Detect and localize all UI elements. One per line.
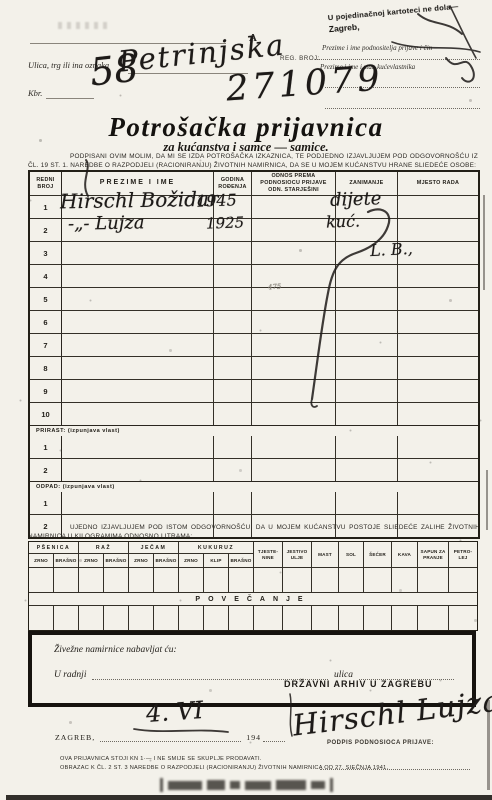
- cell-relation: [252, 436, 336, 458]
- scan-bottom-edge: [6, 795, 492, 800]
- col-jestivo-ulje: JESTIVO ULJE: [283, 542, 312, 567]
- group-label: JEČAM: [129, 542, 178, 554]
- row-number: 2: [30, 459, 62, 481]
- header-redni-broj: REDNI BROJ: [30, 172, 62, 195]
- col-secer: ŠEĆER: [364, 542, 392, 567]
- odpad-section-label: ODPAD: (izpunjava vlast): [30, 481, 478, 492]
- handwritten-name-row2: -„- Lujza: [68, 212, 145, 234]
- cell-workplace: [398, 219, 478, 241]
- sub-label: BRAŠNO: [104, 554, 128, 567]
- blank-line: [100, 733, 241, 742]
- row-number: 7: [30, 334, 62, 356]
- supplier-intro: Živežne namirnice nabavljat ću:: [54, 645, 177, 655]
- sub-label: ZRNO: [79, 554, 104, 567]
- cell-occupation: [336, 436, 398, 458]
- col-mast: MAST: [312, 542, 339, 567]
- group-jecam: JEČAM ZRNOBRAŠNO: [129, 542, 179, 567]
- cell-workplace: [398, 265, 478, 287]
- table-row: 8: [30, 356, 478, 379]
- group-psenica: PŠENICA ZRNOBRAŠNO: [29, 542, 79, 567]
- cell-relation: [252, 403, 336, 425]
- cell-workplace: [398, 196, 478, 218]
- group-label: PŠENICA: [29, 542, 78, 554]
- cell-name: [62, 492, 214, 514]
- cell-year: [214, 357, 252, 379]
- cell-year: [214, 334, 252, 356]
- handwritten-year-row1: 1945: [196, 190, 237, 210]
- paper-noise: [0, 0, 1, 1]
- sub-label: ZRNO: [129, 554, 154, 567]
- cell-year: [214, 515, 252, 537]
- handwritten-reg-number: 271079: [225, 59, 385, 110]
- row-number: 9: [30, 380, 62, 402]
- fine-print-line1: OVA PRIJAVNICA STOJI KN 1·— I NE SMIJE S…: [60, 755, 460, 764]
- sub-label: ZRNO: [179, 554, 204, 567]
- prirast-row: 2: [30, 458, 478, 481]
- cell-occupation: [336, 515, 398, 537]
- fine-print-line2: OBRAZAC K ČL. 2 ST. 3 NAREDBE O RAZPODJE…: [60, 764, 460, 773]
- scan-artifact: [486, 470, 488, 530]
- place-label: ZAGREB,: [55, 733, 95, 742]
- cell-relation: [252, 242, 336, 264]
- table-row: 7: [30, 333, 478, 356]
- scan-artifact: [483, 195, 485, 290]
- cell-workplace: [398, 380, 478, 402]
- row-number: 1: [30, 196, 62, 218]
- blank-line: [46, 97, 94, 99]
- cell-year: [214, 288, 252, 310]
- cell-name: [62, 311, 214, 333]
- cell-workplace: [398, 311, 478, 333]
- odpad-row: 2: [30, 514, 478, 537]
- row-number: 2: [30, 515, 62, 537]
- row-number: 5: [30, 288, 62, 310]
- table-row: 5: [30, 287, 478, 310]
- povecanje-band: POVEČANJE: [29, 592, 477, 605]
- form-title: Potrošačka prijavnica: [0, 112, 492, 143]
- cell-relation: [252, 265, 336, 287]
- header-odnos: ODNOS PREMA PODNOSIOCU PRIJAVE ODN. STAR…: [252, 172, 336, 195]
- cell-workplace: [398, 334, 478, 356]
- declaration-paragraph: PODPISANI OVIM MOLIM, DA MI SE IZDA POTR…: [28, 153, 478, 171]
- sub-label: BRAŠNO: [54, 554, 78, 567]
- sub-label: KLIP: [204, 554, 229, 567]
- cell-relation: [252, 492, 336, 514]
- house-number-label: Kbr.: [28, 88, 42, 98]
- row-number: 6: [30, 311, 62, 333]
- supplies-table: PŠENICA ZRNOBRAŠNO RAŽ ZRNOBRAŠNO JEČAM …: [28, 541, 478, 631]
- cell-workplace: [398, 515, 478, 537]
- prirast-section-label: PRIRAST: (izpunjava vlast): [30, 425, 478, 436]
- cell-year: [214, 403, 252, 425]
- cell-occupation: [336, 334, 398, 356]
- row-number: 1: [30, 492, 62, 514]
- handwritten-occupation-row1: dijete: [330, 188, 382, 211]
- cell-occupation: [336, 403, 398, 425]
- cell-name: [62, 357, 214, 379]
- cell-occupation: [336, 311, 398, 333]
- header-mjesto-rada: MJESTO RADA: [398, 172, 478, 195]
- cell-workplace: [398, 288, 478, 310]
- supplies-value-row: [29, 567, 477, 592]
- signature-label: PODPIS PODNOSIOCA PRIJAVE:: [327, 740, 434, 746]
- handwritten-year-row2: 1925: [206, 213, 245, 232]
- cell-relation: [252, 219, 336, 241]
- col-sapun: SAPUN ZA PRANJE: [418, 542, 449, 567]
- cell-workplace: [398, 492, 478, 514]
- supplies-header-row: PŠENICA ZRNOBRAŠNO RAŽ ZRNOBRAŠNO JEČAM …: [29, 542, 477, 567]
- illegible-stamp: [160, 777, 380, 793]
- handwritten-initials: L. B.,: [370, 239, 414, 260]
- cell-occupation: [336, 380, 398, 402]
- cell-occupation: [336, 265, 398, 287]
- blank-line: [315, 58, 480, 60]
- cell-occupation: [336, 459, 398, 481]
- scanned-form-page: U pojedinačnoj kartoteci ne dola— Zagreb…: [0, 0, 492, 800]
- col-sol: SOL: [339, 542, 364, 567]
- cell-name: [62, 436, 214, 458]
- cell-name: [62, 265, 214, 287]
- group-label: KUKURUZ: [179, 542, 253, 554]
- cell-year: [214, 380, 252, 402]
- handwritten-occupation-row2: kuć.: [326, 211, 361, 231]
- group-raz: RAŽ ZRNOBRAŠNO: [79, 542, 129, 567]
- row-number: 3: [30, 242, 62, 264]
- group-kukuruz: KUKURUZ ZRNOKLIPBRAŠNO: [179, 542, 254, 567]
- cell-year: [214, 265, 252, 287]
- year-prefix: 194: [246, 733, 261, 742]
- col-petrolej: PETRO- LEJ: [449, 542, 477, 567]
- handwritten-house-number: 58: [88, 46, 141, 95]
- cell-relation: [252, 196, 336, 218]
- cell-name: [62, 515, 214, 537]
- cell-name: [62, 334, 214, 356]
- handwritten-date: 4. VI: [145, 696, 204, 728]
- cell-year: [214, 436, 252, 458]
- cell-year: [214, 492, 252, 514]
- sub-label: BRAŠNO: [229, 554, 253, 567]
- cell-relation: [252, 288, 336, 310]
- row-number: 8: [30, 357, 62, 379]
- cell-occupation: [336, 492, 398, 514]
- date-underline: [134, 729, 228, 732]
- odpad-row: 1: [30, 492, 478, 514]
- sub-label: ZRNO: [29, 554, 54, 567]
- handwritten-name-row1: Hirschl Božidar: [60, 187, 219, 214]
- group-label: RAŽ: [79, 542, 128, 554]
- cell-occupation: [336, 288, 398, 310]
- cell-name: [62, 380, 214, 402]
- blank-line: [263, 733, 285, 742]
- shop-label: U radnji: [54, 670, 86, 680]
- blank-line: [325, 107, 480, 109]
- col-tjestenine: TJESTE- NINE: [254, 542, 283, 567]
- cell-relation: [252, 380, 336, 402]
- cell-workplace: [398, 436, 478, 458]
- row-number: 1: [30, 436, 62, 458]
- prirast-row: 1: [30, 436, 478, 458]
- row-number: 2: [30, 219, 62, 241]
- cell-year: [214, 459, 252, 481]
- row-number: 4: [30, 265, 62, 287]
- supplies-value-row: [29, 605, 477, 630]
- table-row: 9: [30, 379, 478, 402]
- cell-workplace: [398, 357, 478, 379]
- cell-name: [62, 288, 214, 310]
- cell-workplace: [398, 459, 478, 481]
- cell-relation: [252, 515, 336, 537]
- cell-relation: [252, 357, 336, 379]
- fine-print: OVA PRIJAVNICA STOJI KN 1·— I NE SMIJE S…: [60, 755, 460, 773]
- cell-name: [62, 403, 214, 425]
- cell-occupation: [336, 357, 398, 379]
- cell-name: [62, 242, 214, 264]
- cell-relation: [252, 459, 336, 481]
- office-stamp: U pojedinačnoj kartoteci ne dola— Zagreb…: [327, 0, 492, 34]
- col-kava: KAVA: [392, 542, 418, 567]
- cell-relation: [252, 334, 336, 356]
- sub-label: BRAŠNO: [154, 554, 178, 567]
- cell-workplace: [398, 403, 478, 425]
- place-date-line: ZAGREB, 194: [55, 733, 285, 742]
- table-row: 10: [30, 402, 478, 425]
- table-row: 4: [30, 264, 478, 287]
- cell-year: [214, 242, 252, 264]
- cell-name: [62, 459, 214, 481]
- faint-pencil-marks: [58, 22, 112, 29]
- applicant-name-label: Prezime i ime podnositelja prijave i čin: [322, 44, 432, 52]
- cell-year: [214, 311, 252, 333]
- cell-relation: [252, 311, 336, 333]
- table-row: 6: [30, 310, 478, 333]
- row-number: 10: [30, 403, 62, 425]
- archive-stamp: DRŽAVNI ARHIV U ZAGREBU: [284, 679, 433, 689]
- pencil-note: 475: [268, 283, 282, 292]
- houseowner-squiggle: [446, 58, 474, 82]
